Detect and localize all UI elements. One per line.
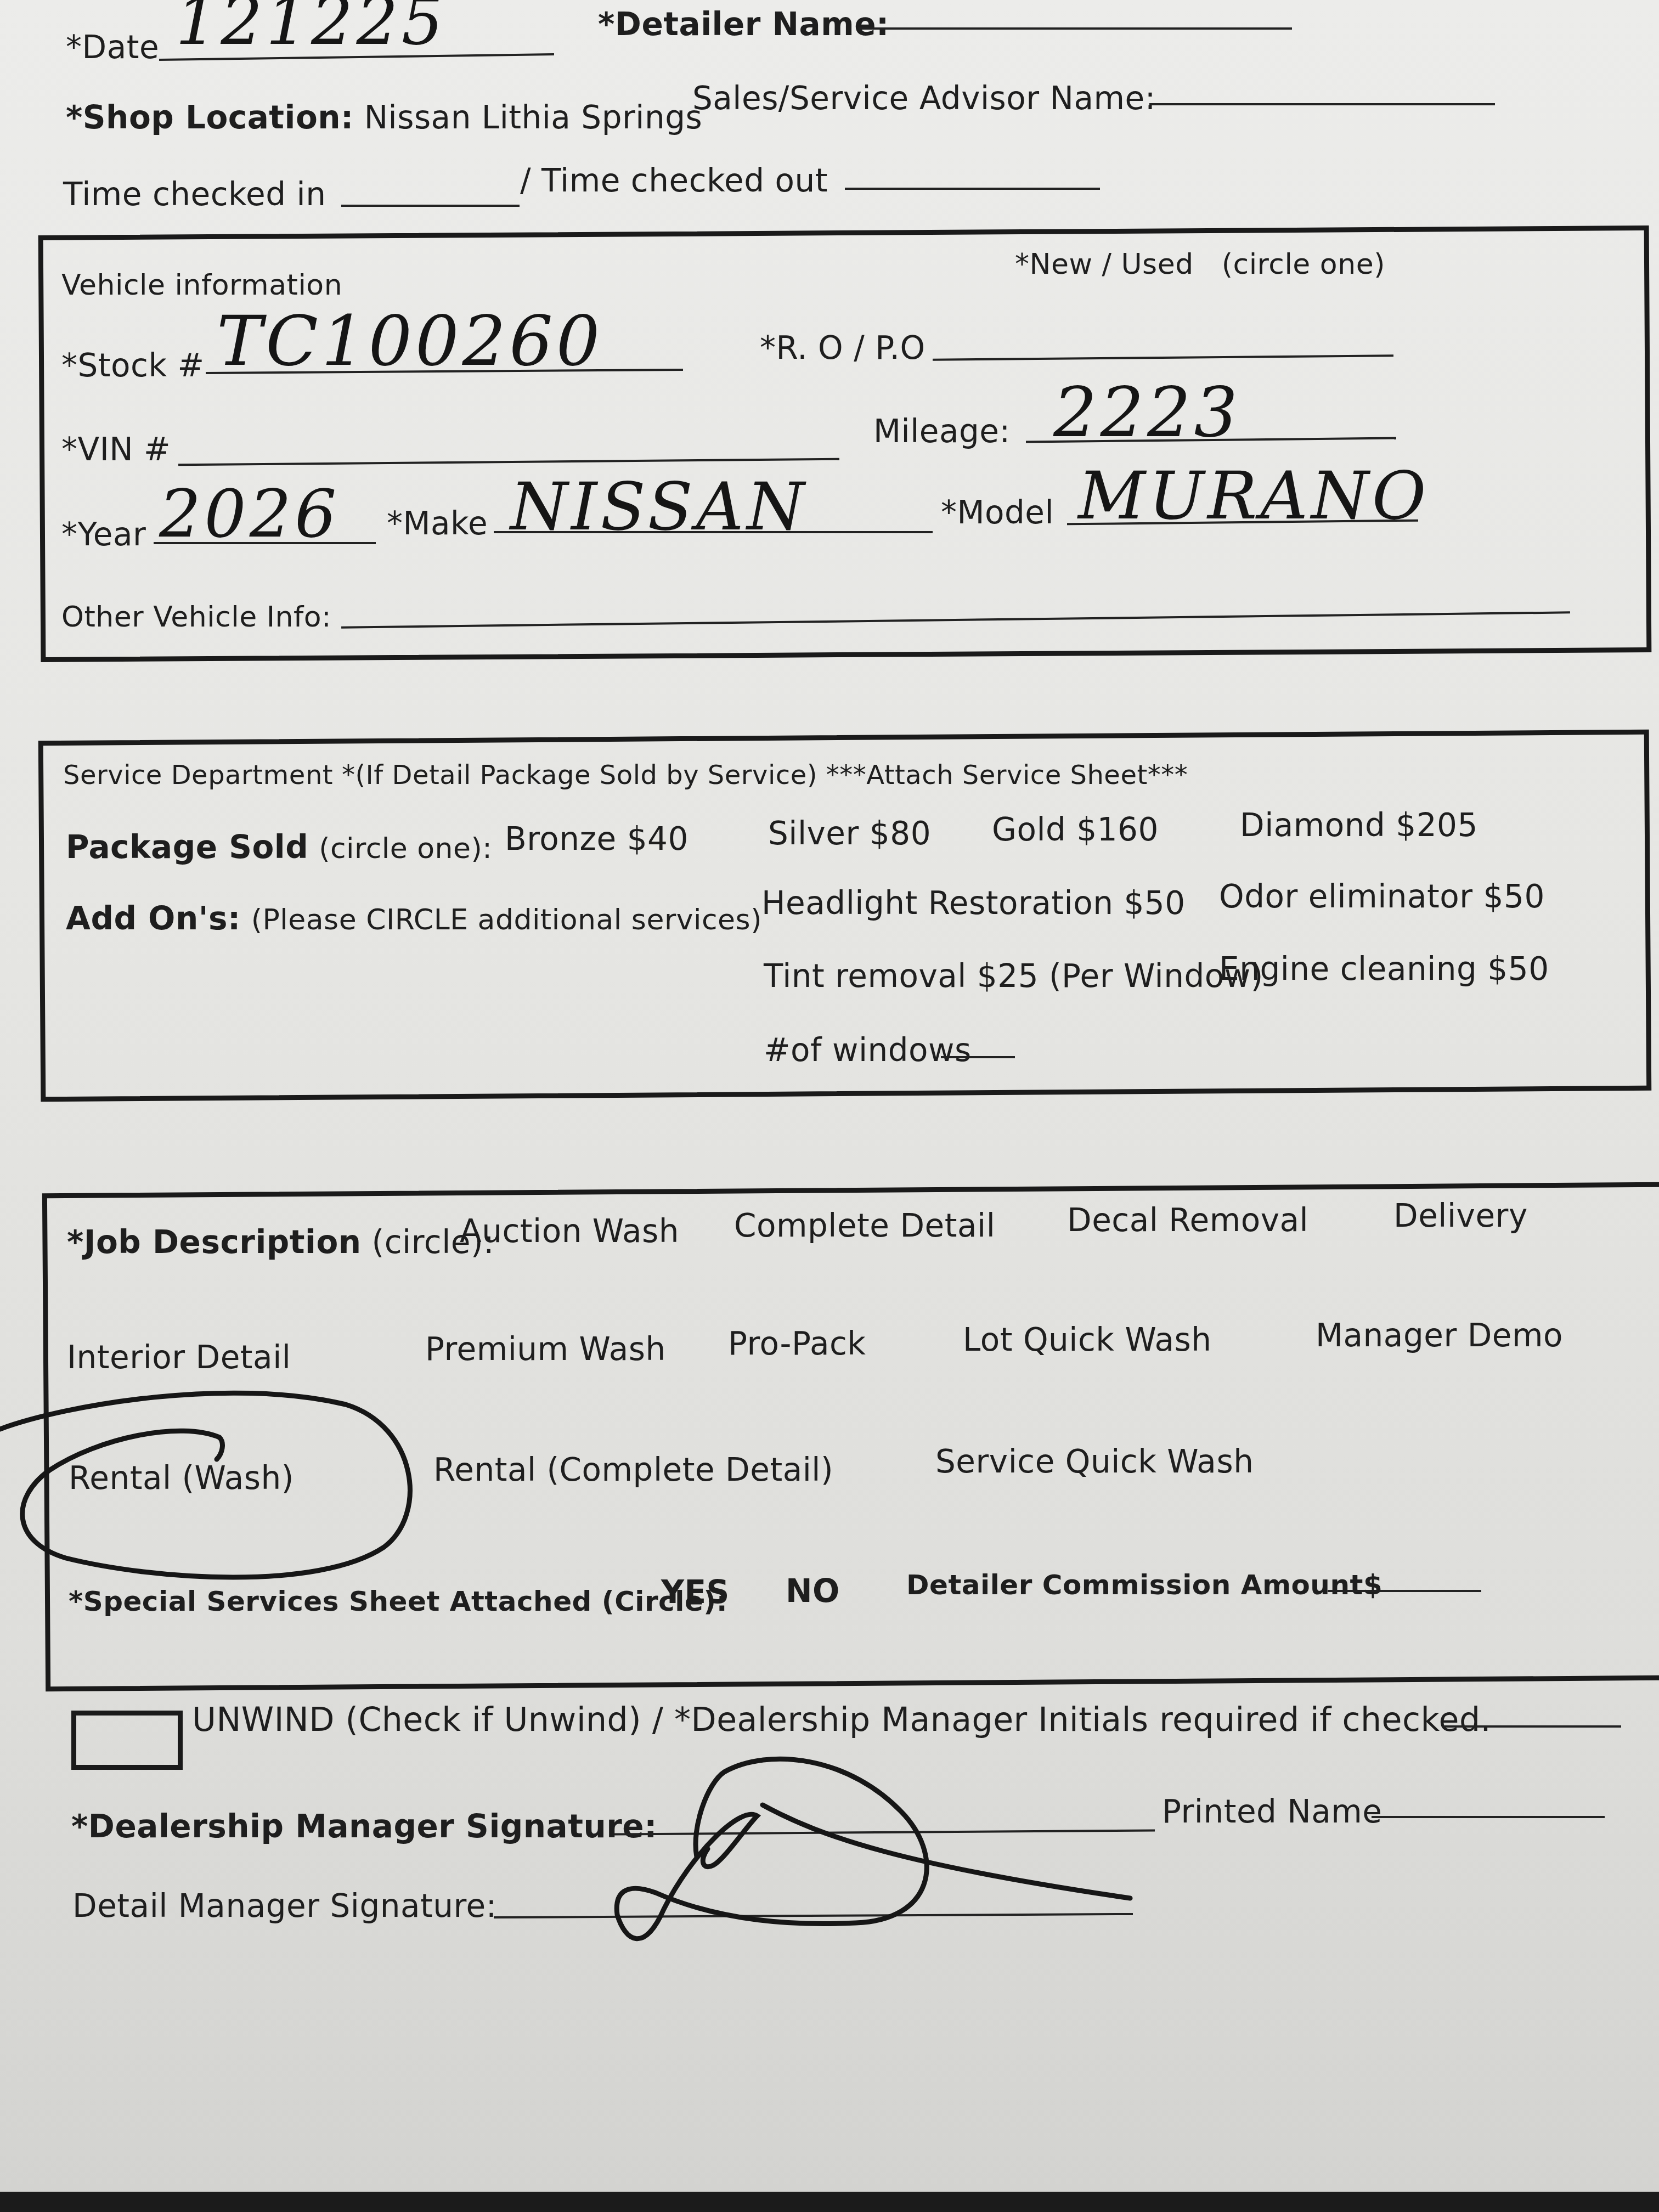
job-premium-wash[interactable]: Premium Wash <box>425 1330 666 1368</box>
package-sold-label: Package Sold (circle one): <box>66 828 492 866</box>
time-in-label: Time checked in <box>63 176 326 213</box>
make-value[interactable]: NISSAN <box>510 469 808 545</box>
addon-odor[interactable]: Odor eliminator $50 <box>1219 878 1545 915</box>
job-rental-wash[interactable]: Rental (Wash) <box>69 1459 294 1497</box>
shop-location-label-text: *Shop Location: <box>66 99 354 136</box>
addon-tint[interactable]: Tint removal $25 (Per Window) <box>764 957 1263 995</box>
date-label: *Date <box>66 29 159 66</box>
job-label-text: *Job Description <box>67 1223 362 1261</box>
detailer-name-field[interactable] <box>859 27 1292 30</box>
job-delivery[interactable]: Delivery <box>1393 1197 1528 1234</box>
make-underline <box>494 531 933 533</box>
package-silver[interactable]: Silver $80 <box>768 815 931 852</box>
year-value[interactable]: 2026 <box>159 476 340 552</box>
job-complete-detail[interactable]: Complete Detail <box>734 1207 995 1244</box>
new-used-hint: (circle one) <box>1222 248 1385 281</box>
job-description-label: *Job Description (circle): <box>67 1223 494 1261</box>
ro-po-label: *R. O / P.O <box>760 329 926 366</box>
job-manager-demo[interactable]: Manager Demo <box>1316 1317 1563 1354</box>
job-decal-removal[interactable]: Decal Removal <box>1067 1201 1308 1239</box>
package-hint: (circle one): <box>319 832 492 865</box>
other-info-label: Other Vehicle Info: <box>61 601 331 634</box>
package-bronze[interactable]: Bronze $40 <box>505 820 689 857</box>
vehicle-section-title: Vehicle information <box>61 269 342 302</box>
windows-label: #of windows <box>764 1031 972 1069</box>
shop-location-label: *Shop Location: Nissan Lithia Springs <box>66 99 702 136</box>
unwind-label: UNWIND (Check if Unwind) / *Dealership M… <box>192 1701 1491 1739</box>
special-yes-option[interactable]: YES <box>661 1573 730 1611</box>
commission-field[interactable] <box>1328 1590 1481 1592</box>
service-section-title: Service Department *(If Detail Package S… <box>63 760 1188 791</box>
addons-label: Add On's: (Please CIRCLE additional serv… <box>66 900 762 937</box>
printed-name-label: Printed Name <box>1162 1793 1382 1830</box>
new-used-label: *New / Used <box>1015 248 1194 281</box>
year-underline <box>154 542 376 544</box>
addons-label-text: Add On's: <box>66 900 241 937</box>
time-out-label: / Time checked out <box>520 162 828 199</box>
package-label-text: Package Sold <box>66 828 308 866</box>
job-lot-quick-wash[interactable]: Lot Quick Wash <box>963 1321 1212 1358</box>
detailer-name-label: *Detailer Name: <box>598 5 889 43</box>
year-label: *Year <box>61 516 146 553</box>
advisor-label: Sales/Service Advisor Name: <box>692 80 1156 117</box>
job-pro-pack[interactable]: Pro-Pack <box>728 1325 866 1362</box>
printed-name-field[interactable] <box>1372 1816 1605 1818</box>
background-surface <box>0 2192 1659 2212</box>
advisor-name-field[interactable] <box>1149 103 1495 105</box>
special-no-option[interactable]: NO <box>786 1572 840 1610</box>
dealership-signature-label: *Dealership Manager Signature: <box>71 1808 657 1845</box>
make-label: *Make <box>387 505 488 542</box>
job-service-quick-wash[interactable]: Service Quick Wash <box>935 1443 1254 1480</box>
new-used-selector[interactable]: *New / Used (circle one) <box>1015 248 1385 281</box>
job-interior-detail[interactable]: Interior Detail <box>67 1339 291 1376</box>
special-services-label: *Special Services Sheet Attached (Circle… <box>69 1585 727 1617</box>
mileage-label: Mileage: <box>873 413 1011 450</box>
model-label: *Model <box>941 494 1054 531</box>
shop-location-value: Nissan Lithia Springs <box>364 99 703 136</box>
package-diamond[interactable]: Diamond $205 <box>1240 806 1478 844</box>
windows-field[interactable] <box>941 1056 1015 1058</box>
stock-label: *Stock # <box>61 347 205 384</box>
time-in-field[interactable] <box>341 205 520 207</box>
addon-headlight[interactable]: Headlight Restoration $50 <box>761 884 1186 922</box>
job-rental-complete-detail[interactable]: Rental (Complete Detail) <box>433 1451 833 1488</box>
detail-manager-signature-label: Detail Manager Signature: <box>72 1887 497 1925</box>
unwind-checkbox[interactable] <box>71 1711 183 1770</box>
addon-engine[interactable]: Engine cleaning $50 <box>1219 950 1549 988</box>
package-gold[interactable]: Gold $160 <box>992 811 1159 848</box>
addons-hint: (Please CIRCLE additional services) <box>251 904 762 936</box>
vin-label: *VIN # <box>61 431 171 468</box>
job-auction-wash[interactable]: Auction Wash <box>460 1212 679 1250</box>
time-out-field[interactable] <box>845 188 1100 190</box>
date-value[interactable]: 121225 <box>176 0 447 60</box>
initials-field[interactable] <box>1443 1725 1621 1728</box>
commission-label: Detailer Commission Amount$ <box>906 1569 1383 1601</box>
